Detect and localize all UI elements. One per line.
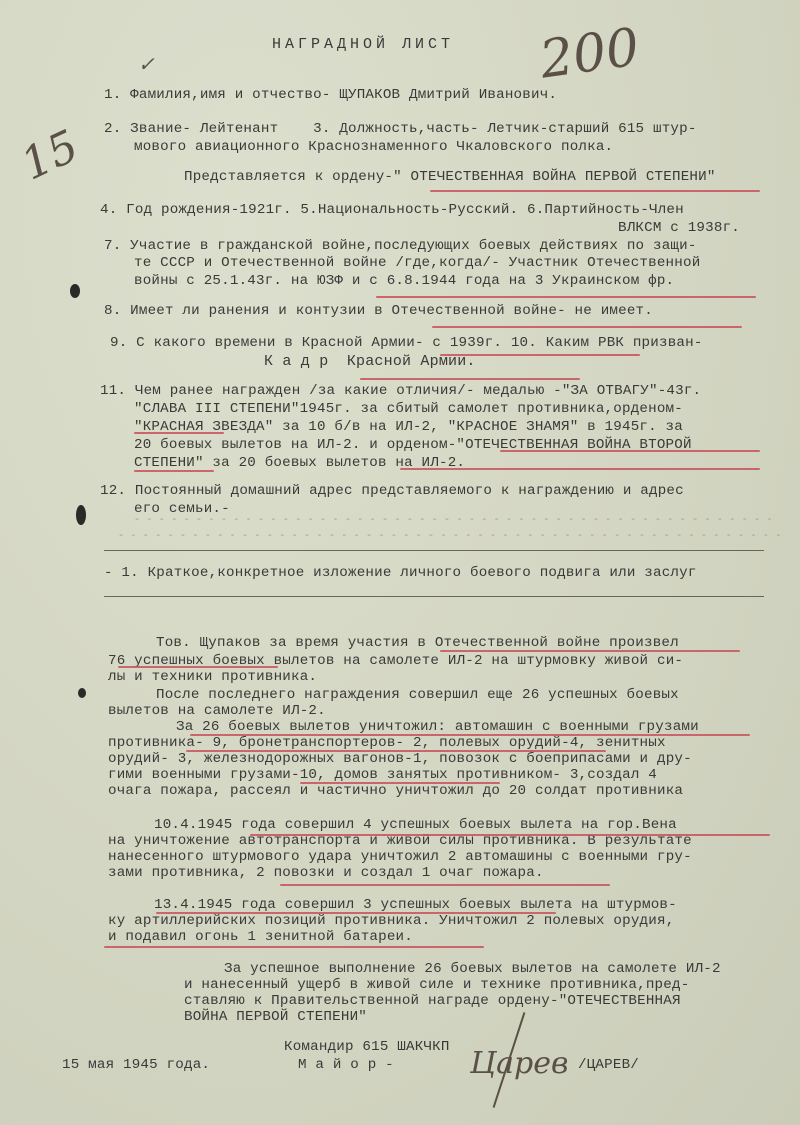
- redacted-address: - - - - - - - - - - - - - - - - - - - - …: [118, 532, 782, 542]
- item-11-line-2: "СЛАВА III СТЕПЕНИ"1945г. за сбитый само…: [134, 402, 683, 416]
- narrative-p4-line-4: зами противника, 2 повозки и создал 1 оч…: [108, 866, 544, 880]
- punch-hole: [70, 284, 80, 298]
- award-sheet-page: НАГРАДНОЙ ЛИСТ 200 15 ✓ 1. Фамилия,имя и…: [0, 0, 800, 1125]
- divider: [104, 550, 764, 551]
- narrative-p3-line-3: орудий- 3, железнодорожных вагонов-1, по…: [108, 752, 692, 766]
- item-9-10-line-2: К а д р Красной Армии.: [264, 354, 476, 369]
- punch-hole: [78, 688, 86, 698]
- item-2-3-line-1: 2. Звание- Лейтенант 3. Должность,часть-…: [104, 122, 697, 136]
- narrative-p4-line-2: на уничтожение автотранспорта и живой си…: [108, 834, 692, 848]
- item-9-10-line-1: 9. С какого времени в Красной Армии- с 1…: [110, 336, 703, 350]
- check-mark-icon: ✓: [138, 52, 155, 76]
- commander-signature: Царев: [470, 1046, 568, 1081]
- item-12-line-1: 12. Постоянный домашний адрес представля…: [100, 484, 684, 498]
- narrative-p3-line-2: противника- 9, бронетранспортеров- 2, по…: [108, 736, 666, 750]
- item-2-3-line-2: мового авиационного Краснознаменного Чка…: [134, 140, 613, 154]
- narrative-p6-line-3: ставляю к Правительственной награде орде…: [184, 994, 681, 1008]
- presented-for-award: Представляется к ордену-" ОТЕЧЕСТВЕННАЯ …: [184, 170, 716, 184]
- commander-title: Командир 615 ШАКЧКП: [284, 1040, 450, 1054]
- margin-note: 15: [14, 121, 86, 191]
- narrative-p4-line-3: нанесенного штурмового удара уничтожил 2…: [108, 850, 692, 864]
- narrative-p1-line-1: Тов. Щупаков за время участия в Отечеств…: [156, 636, 679, 650]
- narrative-p3-line-1: За 26 боевых вылетов уничтожил: автомаши…: [176, 720, 699, 734]
- narrative-p3-line-5: очага пожара, рассеял и частично уничтож…: [108, 784, 683, 798]
- narrative-p3-line-4: гими военными грузами-10, домов занятых …: [108, 768, 657, 782]
- item-7-line-2: те СССР и Отечественной войне /где,когда…: [134, 256, 700, 270]
- item-4-6-line-1: 4. Год рождения-1921г. 5.Национальность-…: [100, 203, 684, 217]
- commander-rank: М а й о р -: [298, 1058, 394, 1072]
- redacted-address: - - - - - - - - - - - - - - - - - - - - …: [134, 516, 773, 526]
- item-11-line-1: 11. Чем ранее награжден /за какие отличи…: [100, 384, 701, 398]
- item-8-wounds: 8. Имеет ли ранения и контузии в Отечест…: [104, 304, 653, 318]
- narrative-p6-line-4: ВОЙНА ПЕРВОЙ СТЕПЕНИ": [184, 1010, 367, 1024]
- item-1-full-name: 1. Фамилия,имя и отчество- ЩУПАКОВ Дмитр…: [104, 88, 557, 102]
- narrative-p5-line-2: ку артиллерийских позиций противника. Ун…: [108, 914, 674, 928]
- handwritten-number: 200: [536, 17, 643, 90]
- narrative-p2-line-2: вылетов на самолете ИЛ-2.: [108, 704, 326, 718]
- item-4-6-line-2: ВЛКСМ с 1938г.: [618, 221, 740, 235]
- narrative-p5-line-3: и подавил огонь 1 зенитной батареи.: [108, 930, 413, 944]
- document-date: 15 мая 1945 года.: [62, 1058, 210, 1072]
- narrative-p2-line-1: После последнего награждения совершил ещ…: [156, 688, 679, 702]
- narrative-p6-line-2: и нанесенный ущерб в живой силе и техник…: [184, 978, 689, 992]
- item-7-line-3: войны с 25.1.43г. на ЮЗФ и с 6.8.1944 го…: [134, 274, 674, 288]
- commander-name: /ЦАРЕВ/: [578, 1058, 639, 1072]
- item-7-line-1: 7. Участие в гражданской войне,последующ…: [104, 239, 697, 253]
- narrative-p1-line-3: лы и техники противника.: [108, 670, 317, 684]
- narrative-p4-line-1: 10.4.1945 года совершил 4 успешных боевы…: [154, 818, 677, 832]
- narrative-p6-line-1: За успешное выполнение 26 боевых вылетов…: [224, 962, 721, 976]
- punch-hole: [76, 505, 86, 525]
- document-title: НАГРАДНОЙ ЛИСТ: [272, 37, 454, 52]
- narrative-p5-line-1: 13.4.1945 года совершил 3 успешных боевы…: [154, 898, 677, 912]
- divider: [104, 596, 764, 597]
- section-1-heading: - 1. Краткое,конкретное изложение личног…: [104, 566, 697, 580]
